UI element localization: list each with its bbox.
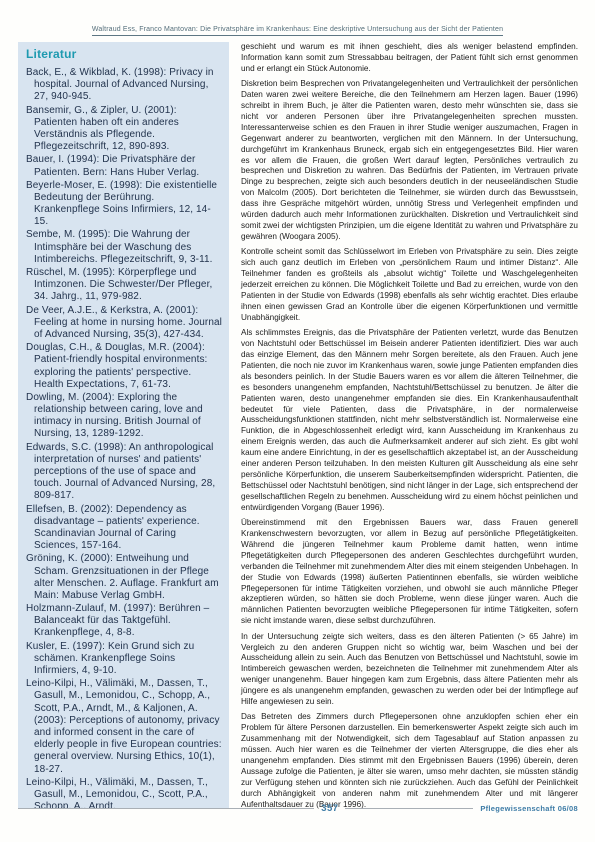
content-area: Literatur Back, E., & Wikblad, K. (1998)… [18,42,578,808]
reference-item: Leino-Kilpi, H., Välimäki, M., Dassen, T… [26,678,222,776]
reference-item: De Veer, A.J.E., & Kerkstra, A. (2001): … [26,305,222,342]
literature-sidebar: Literatur Back, E., & Wikblad, K. (1998)… [18,42,229,808]
body-paragraph: Kontrolle scheint somit das Schlüsselwor… [241,247,578,323]
reference-list: Back, E., & Wikblad, K. (1998): Privacy … [26,67,222,808]
reference-item: Bansemir, G., & Zipler, U. (2001): Patie… [26,105,222,154]
document-page: Waltraud Ess, Franco Mantovan: Die Priva… [0,0,595,842]
page-number: 357 [321,803,338,814]
body-paragraph: geschieht und warum es mit ihnen geschie… [241,42,578,75]
reference-item: Ellefsen, B. (2002): Dependency as disad… [26,504,222,553]
article-body: geschieht und warum es mit ihnen geschie… [241,42,578,815]
footer-rule-left [18,808,314,809]
reference-item: Dowling, M. (2004): Exploring the relati… [26,392,222,441]
reference-item: Gröning, K. (2000): Entweihung und Scham… [26,553,222,602]
reference-item: Rüschel, M. (1995): Körperpflege und Int… [26,267,222,304]
body-paragraph: In der Untersuchung zeigte sich weiters,… [241,632,578,708]
literature-heading: Literatur [26,47,222,61]
running-header-text: Waltraud Ess, Franco Mantovan: Die Priva… [92,26,503,36]
reference-item: Bauer, I. (1994): Die Privatsphäre der P… [26,154,222,178]
reference-item: Beyerle-Moser, E. (1998): Die existentie… [26,180,222,229]
body-paragraph: Das Betreten des Zimmers durch Pflegeper… [241,712,578,810]
journal-name: Pflegewissenschaft 06/08 [480,804,578,813]
reference-item: Kusler, E. (1997): Kein Grund sich zu sc… [26,641,222,678]
running-header: Waltraud Ess, Franco Mantovan: Die Priva… [0,18,595,36]
footer-rule-right [345,808,473,809]
body-paragraph: Übereinstimmend mit den Ergebnissen Baue… [241,518,578,627]
reference-item: Douglas, C.H., & Douglas, M.R. (2004): P… [26,342,222,391]
body-paragraph: Als schlimmstes Ereignis, das die Privat… [241,328,578,513]
page-footer: 357 Pflegewissenschaft 06/08 [18,803,578,814]
reference-item: Sembe, M. (1995): Die Wahrung der Intims… [26,229,222,266]
reference-item: Holzmann-Zulauf, M. (1997): Berühren – B… [26,603,222,640]
reference-item: Back, E., & Wikblad, K. (1998): Privacy … [26,67,222,104]
body-paragraph: Diskretion beim Besprechen von Privatang… [241,79,578,243]
reference-item: Edwards, S.C. (1998): An anthropological… [26,442,222,503]
